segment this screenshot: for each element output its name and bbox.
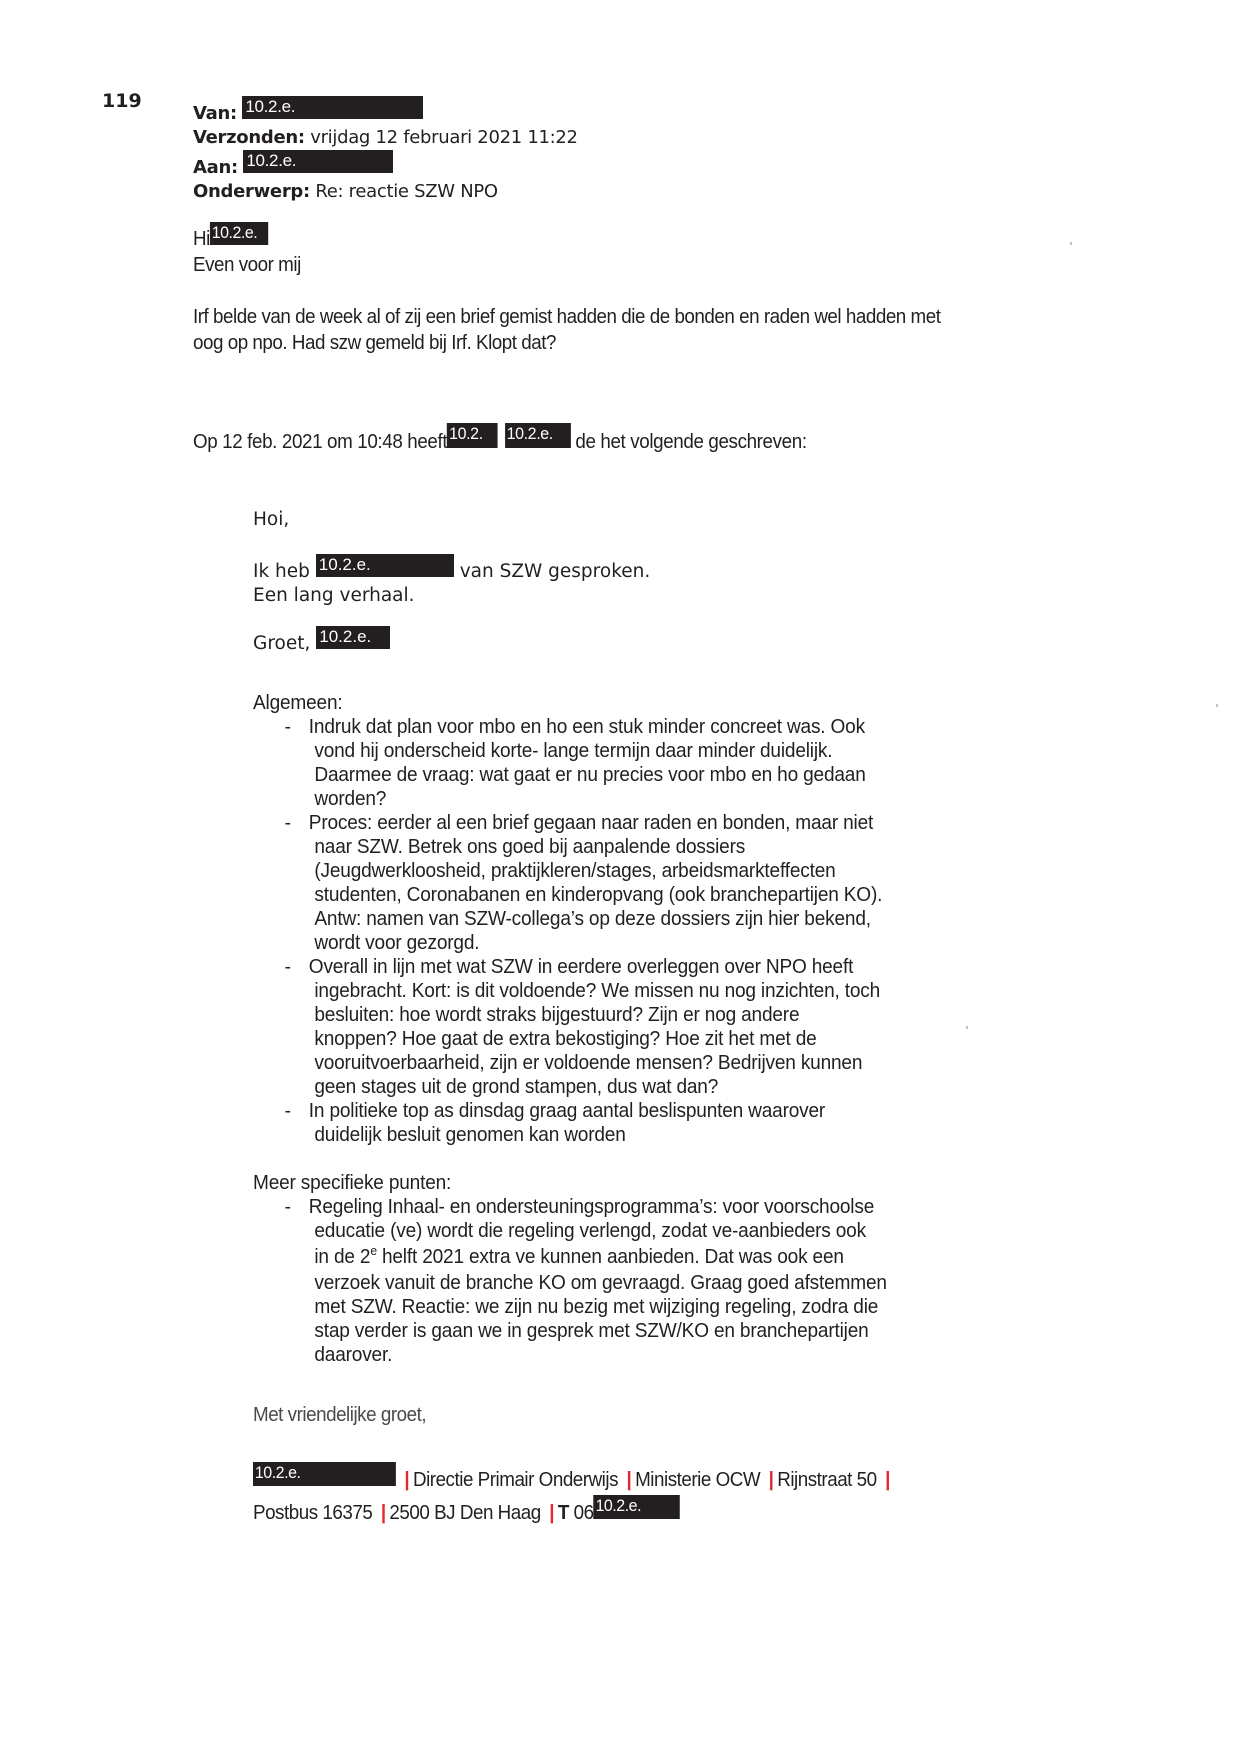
list-item-line: educatie (ve) wordt die regeling verleng… <box>314 1219 997 1243</box>
phone-label: T <box>558 1502 569 1524</box>
specific-list: - Regeling Inhaal- en ondersteuningsprog… <box>253 1195 997 1367</box>
quoted-greeting: Hoi, <box>253 508 1053 532</box>
subject-label: Onderwerp: <box>193 181 310 202</box>
list-item-line: verzoek vanuit de branche KO om gevraagd… <box>314 1271 997 1295</box>
list-item-line: naar SZW. Betrek ons goed bij aanpalende… <box>314 835 997 859</box>
list-item-line: knoppen? Hoe gaat de extra bekostiging? … <box>314 1027 997 1051</box>
redacted-signer: 10.2.e. <box>316 626 390 649</box>
list-item: - In politieke top as dinsdag graag aant… <box>253 1099 997 1147</box>
quoted-regards: Groet, 10.2.e. <box>253 626 1053 656</box>
list-item-line: vond hij onderscheid korte- lange termij… <box>314 739 997 763</box>
to-label: Aan: <box>193 157 238 178</box>
separator: | <box>885 1469 890 1491</box>
quoted-long-story: Een lang verhaal. <box>253 584 1053 608</box>
redacted-last-name: 10.2.e. <box>505 423 571 448</box>
separator: | <box>549 1502 554 1524</box>
email-signature: 10.2.e. |Directie Primair Onderwijs |Min… <box>253 1462 894 1528</box>
reply-body: Hi10.2.e. Even voor mij Irf belde van de… <box>193 222 1039 356</box>
list-item-line: Indruk dat plan voor mbo en ho een stuk … <box>309 715 997 739</box>
to-line: Aan: 10.2.e. <box>193 150 578 180</box>
redacted-contact: 10.2.e. <box>316 554 454 577</box>
postbox: Postbus 16375 <box>253 1502 372 1524</box>
bullet-dash: - <box>285 811 291 835</box>
ministry: Ministerie OCW <box>635 1469 760 1491</box>
list-item-line: ingebracht. Kort: is dit voldoende? We m… <box>314 979 997 1003</box>
scan-speck <box>966 1026 968 1029</box>
list-item: - Regeling Inhaal- en ondersteuningsprog… <box>253 1195 997 1367</box>
general-title: Algemeen: <box>253 691 997 715</box>
separator: | <box>404 1469 409 1491</box>
list-item-line: worden? <box>314 787 997 811</box>
spacer <box>193 278 1039 304</box>
closing-text: Met vriendelijke groet, <box>253 1404 426 1427</box>
specific-title: Meer specifieke punten: <box>253 1171 997 1195</box>
scan-speck <box>1070 242 1072 245</box>
sent-label: Verzonden: <box>193 127 305 148</box>
list-item-line: Overall in lijn met wat SZW in eerdere o… <box>309 955 997 979</box>
general-list: - Indruk dat plan voor mbo en ho een stu… <box>253 715 997 1147</box>
street: Rijnstraat 50 <box>777 1469 876 1491</box>
redacted-signature-name: 10.2.e. <box>253 1462 396 1486</box>
meeting-notes: Algemeen: - Indruk dat plan voor mbo en … <box>253 691 997 1367</box>
signature-line-2: Postbus 16375 |2500 BJ Den Haag |T 0610.… <box>253 1495 894 1528</box>
list-item: - Indruk dat plan voor mbo en ho een stu… <box>253 715 997 811</box>
list-item-line: Proces: eerder al een brief gegaan naar … <box>309 811 997 835</box>
bullet-dash: - <box>285 715 291 739</box>
list-item-line: vooruitvoerbaarheid, zijn er voldoende m… <box>314 1051 997 1075</box>
bullet-dash: - <box>285 955 291 979</box>
list-item-line: daarover. <box>314 1343 997 1367</box>
list-item-line: In politieke top as dinsdag graag aantal… <box>309 1099 997 1123</box>
text-fragment: helft 2021 extra ve kunnen aanbieden. Da… <box>377 1245 844 1268</box>
quote-intro-before: Op 12 feb. 2021 om 10:48 heeft <box>193 431 447 453</box>
bullet-dash: - <box>285 1195 291 1219</box>
list-item-line: Regeling Inhaal- en ondersteuningsprogra… <box>309 1195 997 1219</box>
redacted-recipient: 10.2.e. <box>243 150 393 173</box>
list-item-line: duidelijk besluit genomen kan worden <box>314 1123 997 1147</box>
spacer <box>253 1147 997 1171</box>
list-item-line: in de 2e helft 2021 extra ve kunnen aanb… <box>314 1243 997 1271</box>
spoke-before: Ik heb <box>253 561 310 582</box>
list-item-line: besluiten: hoe wordt straks bijgestuurd?… <box>314 1003 997 1027</box>
greeting-text: Hi <box>193 228 210 250</box>
quote-intro: Op 12 feb. 2021 om 10:48 heeft10.2. 10.2… <box>193 423 807 454</box>
spacer <box>253 532 1053 554</box>
city: 2500 BJ Den Haag <box>389 1502 540 1524</box>
email-header: Van: 10.2.e. Verzonden: vrijdag 12 febru… <box>193 96 578 204</box>
list-item-line: (Jeugdwerkloosheid, praktijkleren/stages… <box>314 859 997 883</box>
from-label: Van: <box>193 103 237 124</box>
bullet-dash: - <box>285 1099 291 1123</box>
text-fragment: in de 2 <box>314 1245 370 1268</box>
list-item-line: met SZW. Reactie: we zijn nu bezig met w… <box>314 1295 997 1319</box>
separator: | <box>381 1502 386 1524</box>
spoke-after: van SZW gesproken. <box>460 561 651 582</box>
from-line: Van: 10.2.e. <box>193 96 578 126</box>
quote-intro-after: de het volgende geschreven: <box>575 431 806 453</box>
sent-value: vrijdag 12 februari 2021 11:22 <box>310 127 578 148</box>
redacted-first-name: 10.2. <box>447 423 498 448</box>
list-item-line: studenten, Coronabanen en kinderopvang (… <box>314 883 997 907</box>
list-item: - Overall in lijn met wat SZW in eerdere… <box>253 955 997 1099</box>
list-item-line: stap verder is gaan we in gesprek met SZ… <box>314 1319 997 1343</box>
subject-value: Re: reactie SZW NPO <box>315 181 497 202</box>
regards-text: Groet, <box>253 633 310 654</box>
spacer <box>253 608 1053 626</box>
department: Directie Primair Onderwijs <box>413 1469 618 1491</box>
list-item-line: Daarmee de vraag: wat gaat er nu precies… <box>314 763 997 787</box>
redacted-name: 10.2.e. <box>210 222 268 245</box>
phone-prefix: 06 <box>574 1502 594 1524</box>
subject-line: Onderwerp: Re: reactie SZW NPO <box>193 180 578 204</box>
signature-line-1: 10.2.e. |Directie Primair Onderwijs |Min… <box>253 1462 894 1495</box>
separator: | <box>627 1469 632 1491</box>
list-item-line: Antw: namen van SZW-collega’s op deze do… <box>314 907 997 931</box>
quoted-message: Hoi, Ik heb 10.2.e. van SZW gesproken. E… <box>253 508 1053 656</box>
list-item: - Proces: eerder al een brief gegaan naa… <box>253 811 997 955</box>
separator: | <box>769 1469 774 1491</box>
redacted-sender: 10.2.e. <box>242 96 423 119</box>
reply-greeting: Hi10.2.e. <box>193 222 1039 252</box>
scan-speck <box>1216 704 1218 707</box>
reply-paragraph-line-1: Irf belde van de week al of zij een brie… <box>193 304 1039 330</box>
reply-paragraph-line-2: oog op npo. Had szw gemeld bij Irf. Klop… <box>193 330 1039 356</box>
list-item-line: geen stages uit de grond stampen, dus wa… <box>314 1075 997 1099</box>
list-item-line: wordt voor gezorgd. <box>314 931 997 955</box>
page-number: 119 <box>102 90 142 112</box>
quoted-spoke-line: Ik heb 10.2.e. van SZW gesproken. <box>253 554 1053 584</box>
redacted-phone: 10.2.e. <box>594 1495 680 1519</box>
sent-line: Verzonden: vrijdag 12 februari 2021 11:2… <box>193 126 578 150</box>
reply-line-1: Even voor mij <box>193 252 1039 278</box>
